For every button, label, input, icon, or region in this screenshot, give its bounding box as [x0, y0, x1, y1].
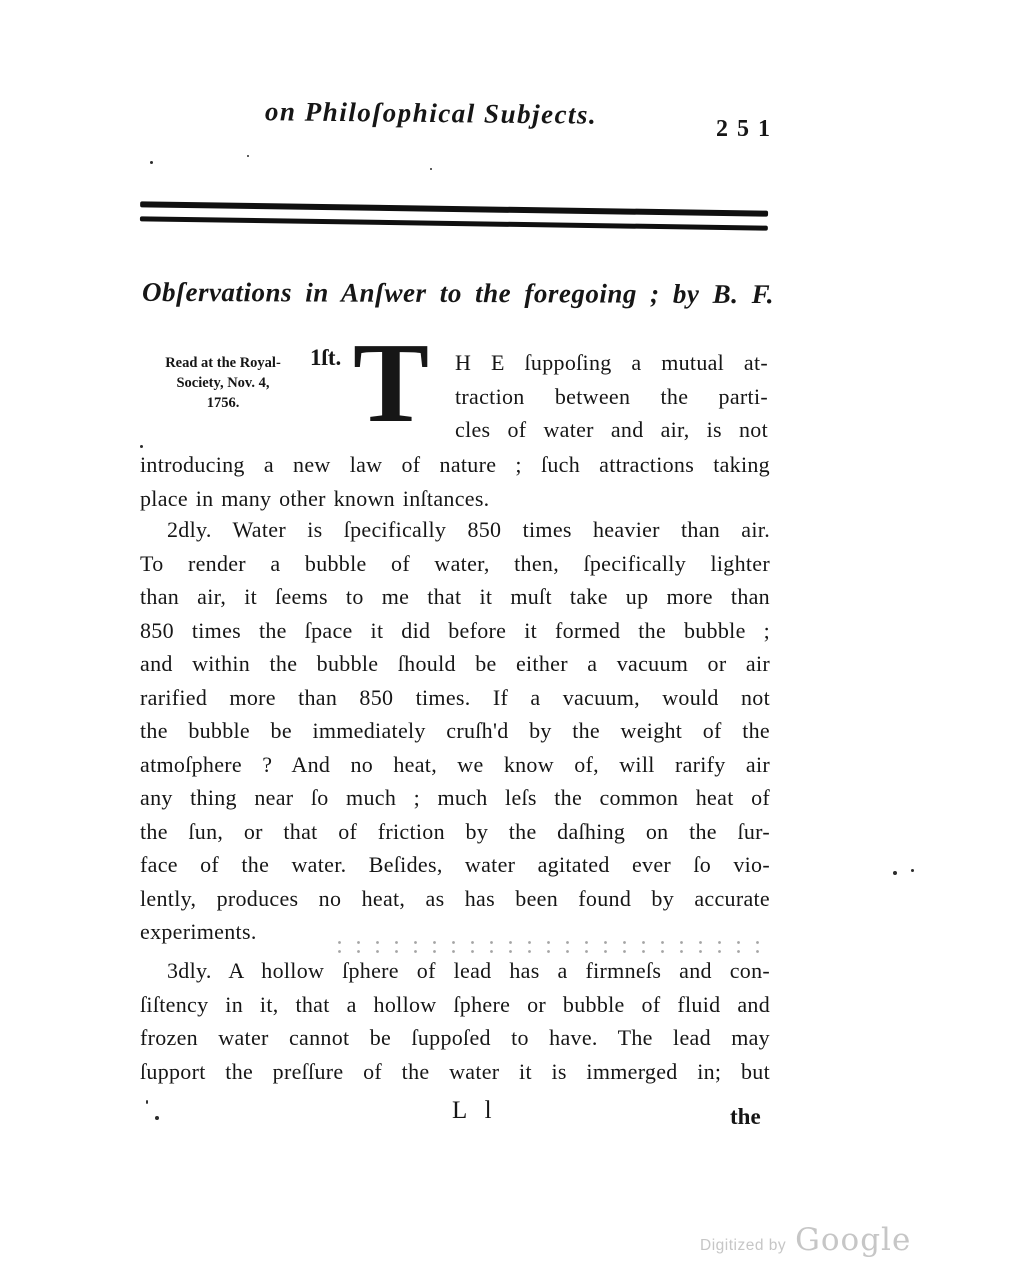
- text-line: 2dly. Water is ſpecifically 850 times he…: [140, 513, 770, 547]
- scan-speck: [430, 168, 432, 170]
- drop-cap-letter: T: [353, 326, 429, 440]
- margin-note-line: Society, Nov. 4,: [146, 373, 300, 393]
- text-line: than air, it ſeems to me that it muſt ta…: [140, 580, 770, 614]
- scan-speck: [893, 871, 897, 875]
- scan-speck: [140, 445, 143, 448]
- ordinal-label: 1ſt.: [310, 345, 341, 371]
- text-line: traction between the parti-: [455, 380, 768, 414]
- text-line: and within the bubble ſhould be either a…: [140, 647, 770, 681]
- text-line: the bubble be immediately cruſh'd by the…: [140, 714, 770, 748]
- text-line: ſiſtency in it, that a hollow ſphere or …: [140, 988, 770, 1022]
- text-line: rarified more than 850 times. If a vacuu…: [140, 681, 770, 715]
- text-line: place in many other known inſtances.: [140, 482, 770, 516]
- scan-speck: [911, 869, 914, 872]
- text-line: face of the water. Beſides, water agitat…: [140, 848, 770, 882]
- section-heading: Obſervations in Anſwer to the foregoing …: [142, 277, 774, 310]
- signature-mark: L l: [452, 1097, 498, 1125]
- paragraph-1: Read at the Royal-Society, Nov. 4,1756. …: [140, 340, 770, 520]
- digitized-by-label: Digitized by: [700, 1237, 786, 1255]
- google-logo: Google: [795, 1222, 911, 1258]
- text-line: cles of water and air, is not: [455, 413, 768, 447]
- scan-speck: [146, 1100, 148, 1104]
- page-number: 251: [716, 116, 779, 143]
- rule-line-top: [140, 201, 768, 216]
- paragraph-3: 3dly. A hollow ſphere of lead has a firm…: [140, 954, 770, 1088]
- scan-speck: [247, 155, 249, 157]
- text-line: 3dly. A hollow ſphere of lead has a firm…: [140, 954, 770, 988]
- google-watermark: Digitized by Google: [700, 1222, 911, 1258]
- running-title: on Philoſophical Subjects.: [265, 96, 598, 130]
- paragraph-2: 2dly. Water is ſpecifically 850 times he…: [140, 513, 770, 949]
- text-line: the ſun, or that of friction by the daſh…: [140, 815, 770, 849]
- margin-note: Read at the Royal-Society, Nov. 4,1756.: [146, 353, 300, 413]
- book-page-scan: on Philoſophical Subjects. 251 Obſervati…: [0, 0, 1014, 1282]
- margin-note-line: 1756.: [146, 393, 300, 413]
- text-line: H E ſuppoſing a mutual at-: [455, 346, 768, 380]
- text-line: frozen water cannot be ſuppoſed to have.…: [140, 1021, 770, 1055]
- text-line: atmoſphere ? And no heat, we know of, wi…: [140, 748, 770, 782]
- bleed-through-noise: [330, 938, 770, 954]
- scan-speck: [150, 161, 153, 164]
- rule-line-bottom: [140, 216, 768, 230]
- margin-note-line: Read at the Royal-: [146, 353, 300, 373]
- double-rule-divider: [140, 201, 768, 230]
- text-line: 850 times the ſpace it did before it for…: [140, 614, 770, 648]
- text-line: any thing near ſo much ; much leſs the c…: [140, 781, 770, 815]
- scan-speck: [155, 1116, 159, 1120]
- paragraph-1-dropcap-lines: H E ſuppoſing a mutual at-traction betwe…: [455, 346, 768, 447]
- text-line: lently, produces no heat, as has been fo…: [140, 882, 770, 916]
- text-line: ſupport the preſſure of the water it is …: [140, 1055, 770, 1089]
- paragraph-1-continuation: introducing a new law of nature ; ſuch a…: [140, 448, 770, 515]
- text-line: introducing a new law of nature ; ſuch a…: [140, 448, 770, 482]
- text-line: To render a bubble of water, then, ſpeci…: [140, 547, 770, 581]
- catchword: the: [730, 1104, 761, 1130]
